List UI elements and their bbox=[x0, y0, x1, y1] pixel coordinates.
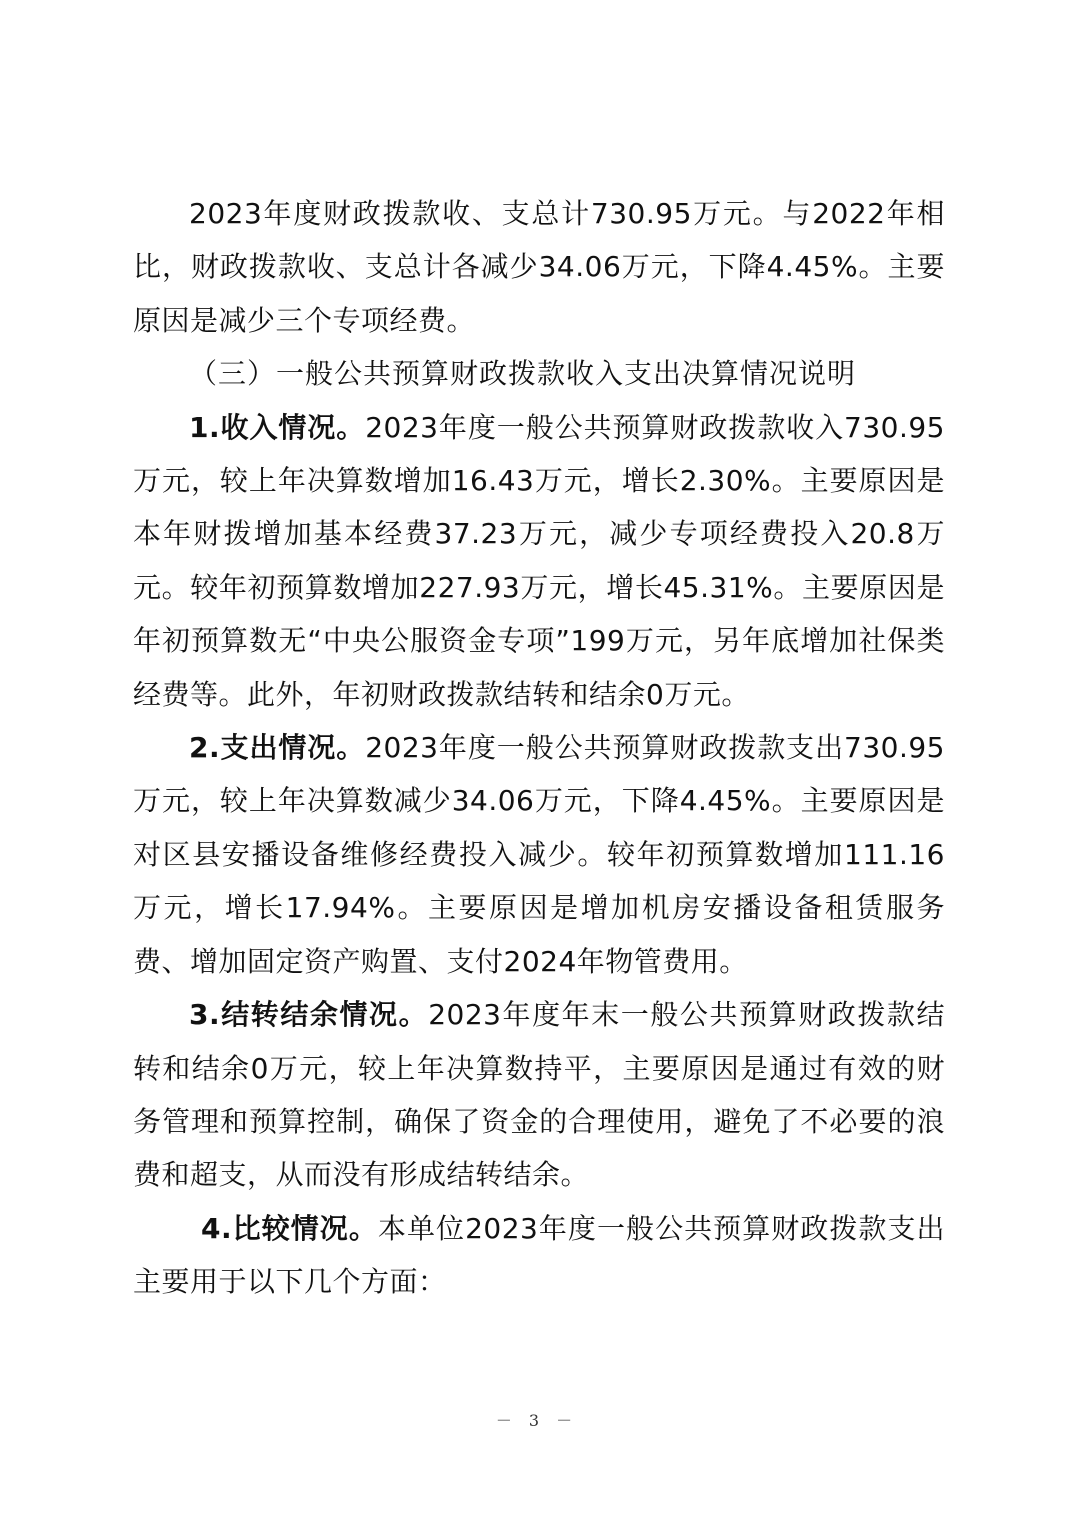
income-paragraph: 1.收入情况。2023年度一般公共预算财政拨款收入730.95万元，较上年决算数… bbox=[133, 401, 945, 721]
summary-paragraph: 2023年度财政拨款收、支总计730.95万元。与2022年相比，财政拨款收、支… bbox=[133, 187, 945, 347]
document-page: 2023年度财政拨款收、支总计730.95万元。与2022年相比，财政拨款收、支… bbox=[133, 187, 945, 1309]
expenditure-text: 2023年度一般公共预算财政拨款支出730.95万元，较上年决算数减少34.06… bbox=[133, 731, 945, 978]
section-heading: （三）一般公共预算财政拨款收入支出决算情况说明 bbox=[133, 347, 945, 400]
carryover-paragraph: 3.结转结余情况。2023年度年末一般公共预算财政拨款结转和结余0万元，较上年决… bbox=[133, 988, 945, 1202]
comparison-paragraph: 4.比较情况。本单位2023年度一般公共预算财政拨款支出主要用于以下几个方面： bbox=[133, 1202, 945, 1309]
income-label: 1.收入情况。 bbox=[189, 411, 365, 444]
carryover-label: 3.结转结余情况。 bbox=[189, 998, 428, 1031]
expenditure-label: 2.支出情况。 bbox=[189, 731, 365, 764]
page-number: － 3 － bbox=[0, 1408, 1074, 1431]
comparison-label: 4.比较情况。 bbox=[201, 1212, 378, 1245]
expenditure-paragraph: 2.支出情况。2023年度一般公共预算财政拨款支出730.95万元，较上年决算数… bbox=[133, 721, 945, 988]
income-text: 2023年度一般公共预算财政拨款收入730.95万元，较上年决算数增加16.43… bbox=[133, 411, 945, 711]
